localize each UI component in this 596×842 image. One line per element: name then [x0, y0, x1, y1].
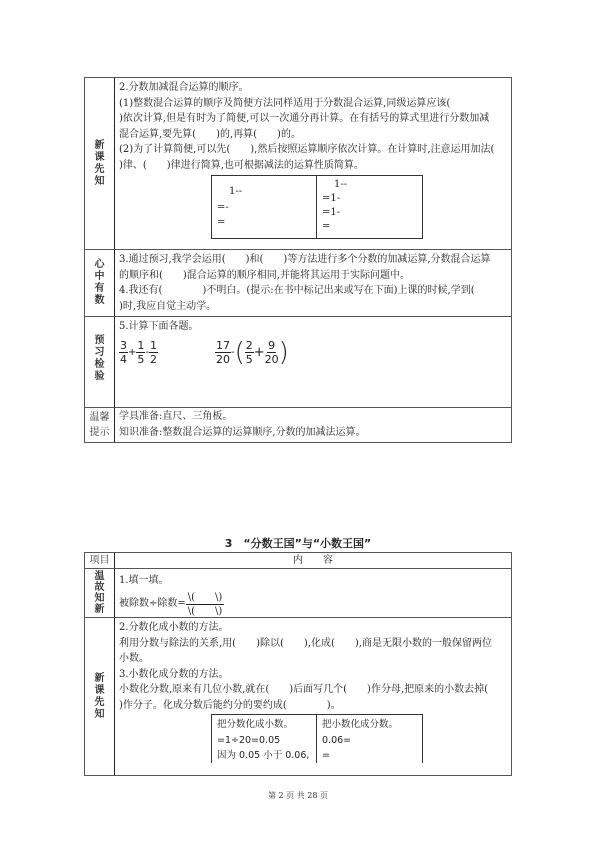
label-char: 数 — [95, 295, 105, 307]
page-footer: 第 2 页 共 28 页 — [0, 790, 596, 801]
label-text: 提示 — [90, 425, 110, 441]
text-line: 3.通过预习,我学会运用( )和( )等方法进行多个分数的加减运算,分数混合运算 — [119, 252, 507, 268]
right-paren: ) — [279, 337, 289, 367]
text-line: 1.填一填。 — [119, 573, 507, 589]
cell-line: = — [217, 215, 311, 231]
text-line: )时,我应自觉主动学。 — [119, 299, 507, 315]
section-content: 2.分数化成小数的方法。 利用分数与除法的关系,用( )除以( ),化成( ),… — [115, 618, 511, 775]
fraction: 920 — [265, 339, 279, 366]
text-line: 知识准备:整数混合运算的运算顺序,分数的加减法运算。 — [119, 425, 507, 441]
text-line: 学具准备:直尺、三角板。 — [119, 409, 507, 425]
section-practice: 预 习 检 验 5.计算下面各题。 34+15-12 1720-(25+920) — [85, 316, 511, 407]
label-char: 知 — [95, 593, 105, 604]
label-char: 故 — [95, 582, 105, 593]
text-line: 2.分数化成小数的方法。 — [119, 620, 507, 636]
cell-line: =- — [217, 200, 311, 216]
example-right: 把小数化成分数。 0.06= = — [317, 715, 422, 763]
section-label: 新 课 先 知 — [85, 78, 115, 249]
section-label: 新 课 先 知 — [85, 618, 115, 775]
label-char: 中 — [95, 271, 105, 283]
text-line: 小数化分数,原来有几位小数,就在( )后面写几个( )作分母,把原来的小数去掉( — [119, 682, 507, 698]
text-line: )依次计算,但是有时为了简便,可以一次通分再计算。在有括号的算式里进行分数加减 — [119, 111, 507, 127]
label-char: 习 — [95, 347, 105, 359]
fraction-blank: \( \) \( \) — [186, 591, 225, 618]
text-line: 3.小数化成分数的方法。 — [119, 667, 507, 683]
formula: 被除数÷除数= \( \) \( \) — [119, 591, 507, 618]
cell-line: 因为 0.05 小于 0.06, — [217, 748, 311, 764]
example-right: 1-- =1- =1- = — [317, 176, 422, 238]
text-line: 利用分数与除法的关系,用( )除以( ),化成( ),商是无限小数的一般保留两位 — [119, 636, 507, 652]
label-char: 新 — [95, 604, 105, 615]
cell-line: = — [322, 748, 417, 764]
cell-line: 把分数化成小数。 — [217, 717, 311, 733]
cell-line: 1-- — [217, 184, 311, 200]
example-left: 把分数化成小数。 =1÷20=0.05 因为 0.05 小于 0.06, — [212, 715, 317, 763]
section-content: 3.通过预习,我学会运用( )和( )等方法进行多个分数的加减运算,分数混合运算… — [115, 250, 511, 316]
section-content: 5.计算下面各题。 34+15-12 1720-(25+920) — [115, 317, 511, 407]
header-row: 项目 内 容 — [85, 553, 511, 568]
text-line: 2.分数加减混合运算的顺序。 — [119, 80, 507, 96]
cell-line: 1-- — [322, 178, 417, 192]
text-line: (1)整数混合运算的顺序及简便方法同样适用于分数混合运算,同级运算应该( — [119, 96, 507, 112]
lesson-table-bottom: 项目 内 容 温 故 知 新 1.填一填。 被除数÷除数= \( \) \( \… — [84, 552, 512, 776]
expression-2: 1720-(25+920) — [215, 339, 289, 366]
section-tips: 温馨 提示 学具准备:直尺、三角板。 知识准备:整数混合运算的运算顺序,分数的加… — [85, 407, 511, 442]
label-char: 心 — [95, 259, 105, 271]
header-content: 内 容 — [115, 553, 511, 568]
section-new-lesson: 新 课 先 知 2.分数加减混合运算的顺序。 (1)整数混合运算的顺序及简便方法… — [85, 78, 511, 249]
section-content: 1.填一填。 被除数÷除数= \( \) \( \) — [115, 569, 511, 617]
text-line: )作分子。化成分数后能约分的要约成( )。 — [119, 698, 507, 714]
section-label: 预 习 检 验 — [85, 317, 115, 407]
label-char: 检 — [95, 359, 105, 371]
cell-line: 0.06= — [322, 733, 417, 749]
example-table: 1-- =- = 1-- =1- =1- = — [211, 175, 423, 239]
lesson-table-top: 新 课 先 知 2.分数加减混合运算的顺序。 (1)整数混合运算的顺序及简便方法… — [84, 77, 512, 443]
text-line: 小数。 — [119, 651, 507, 667]
text-line: 4.我还有( )不明白。(提示:在书中标记出来或写在下面)上课的时候,学到( — [119, 283, 507, 299]
label-text: 温馨 — [90, 410, 110, 426]
label-char: 先 — [95, 697, 105, 709]
fraction: 1720 — [215, 339, 231, 366]
cell-line: = — [322, 220, 417, 234]
text-line: (2)为了计算简便,可以先( ),然后按照运算顺序依次计算。在计算时,注意运用加… — [119, 142, 507, 158]
label-char: 新 — [95, 140, 105, 152]
fraction: 25 — [245, 339, 254, 366]
label-char: 新 — [95, 673, 105, 685]
text-line: 混合运算,要先算( )的,再算( )的。 — [119, 127, 507, 143]
operator: + — [128, 346, 136, 357]
section-reflection: 心 中 有 数 3.通过预习,我学会运用( )和( )等方法进行多个分数的加减运… — [85, 249, 511, 316]
cell-line: =1÷20=0.05 — [217, 733, 311, 749]
fraction: 34 — [119, 339, 128, 366]
text-line: 5.计算下面各题。 — [119, 319, 507, 335]
section-label: 温 故 知 新 — [85, 569, 115, 617]
header-project: 项目 — [85, 553, 115, 568]
cell-line: 把小数化成分数。 — [322, 717, 417, 733]
left-paren: ( — [235, 337, 245, 367]
label-char: 知 — [95, 709, 105, 721]
example-table: 把分数化成小数。 =1÷20=0.05 因为 0.05 小于 0.06, 把小数… — [211, 714, 423, 763]
operator: + — [254, 344, 265, 359]
section-new-lesson-2: 新 课 先 知 2.分数化成小数的方法。 利用分数与除法的关系,用( )除以( … — [85, 617, 511, 775]
cell-line: =1- — [322, 192, 417, 206]
section-title: 3 “分数王国”与“小数王国” — [0, 535, 596, 551]
text-line: )律、( )律进行简算,也可根据减法的运算性质简算。 — [119, 158, 507, 174]
expression-1: 34+15-12 — [119, 339, 215, 366]
label-char: 温 — [95, 571, 105, 582]
formula-prefix: 被除数÷除数= — [119, 596, 186, 612]
example-left: 1-- =- = — [212, 176, 317, 238]
label-char: 有 — [95, 283, 105, 295]
section-label: 心 中 有 数 — [85, 250, 115, 316]
label-char: 验 — [95, 371, 105, 383]
section-content: 学具准备:直尺、三角板。 知识准备:整数混合运算的运算顺序,分数的加减法运算。 — [115, 408, 511, 442]
label-char: 课 — [95, 685, 105, 697]
label-char: 先 — [95, 164, 105, 176]
section-review: 温 故 知 新 1.填一填。 被除数÷除数= \( \) \( \) — [85, 568, 511, 617]
section-label: 温馨 提示 — [85, 408, 115, 442]
label-char: 预 — [95, 335, 105, 347]
fraction: 12 — [149, 339, 158, 366]
label-char: 课 — [95, 152, 105, 164]
label-char: 知 — [95, 176, 105, 188]
cell-line: =1- — [322, 206, 417, 220]
text-line: 的顺序和( )混合运算的顺序相同,并能将其运用于实际问题中。 — [119, 268, 507, 284]
section-content: 2.分数加减混合运算的顺序。 (1)整数混合运算的顺序及简便方法同样适用于分数混… — [115, 78, 511, 249]
